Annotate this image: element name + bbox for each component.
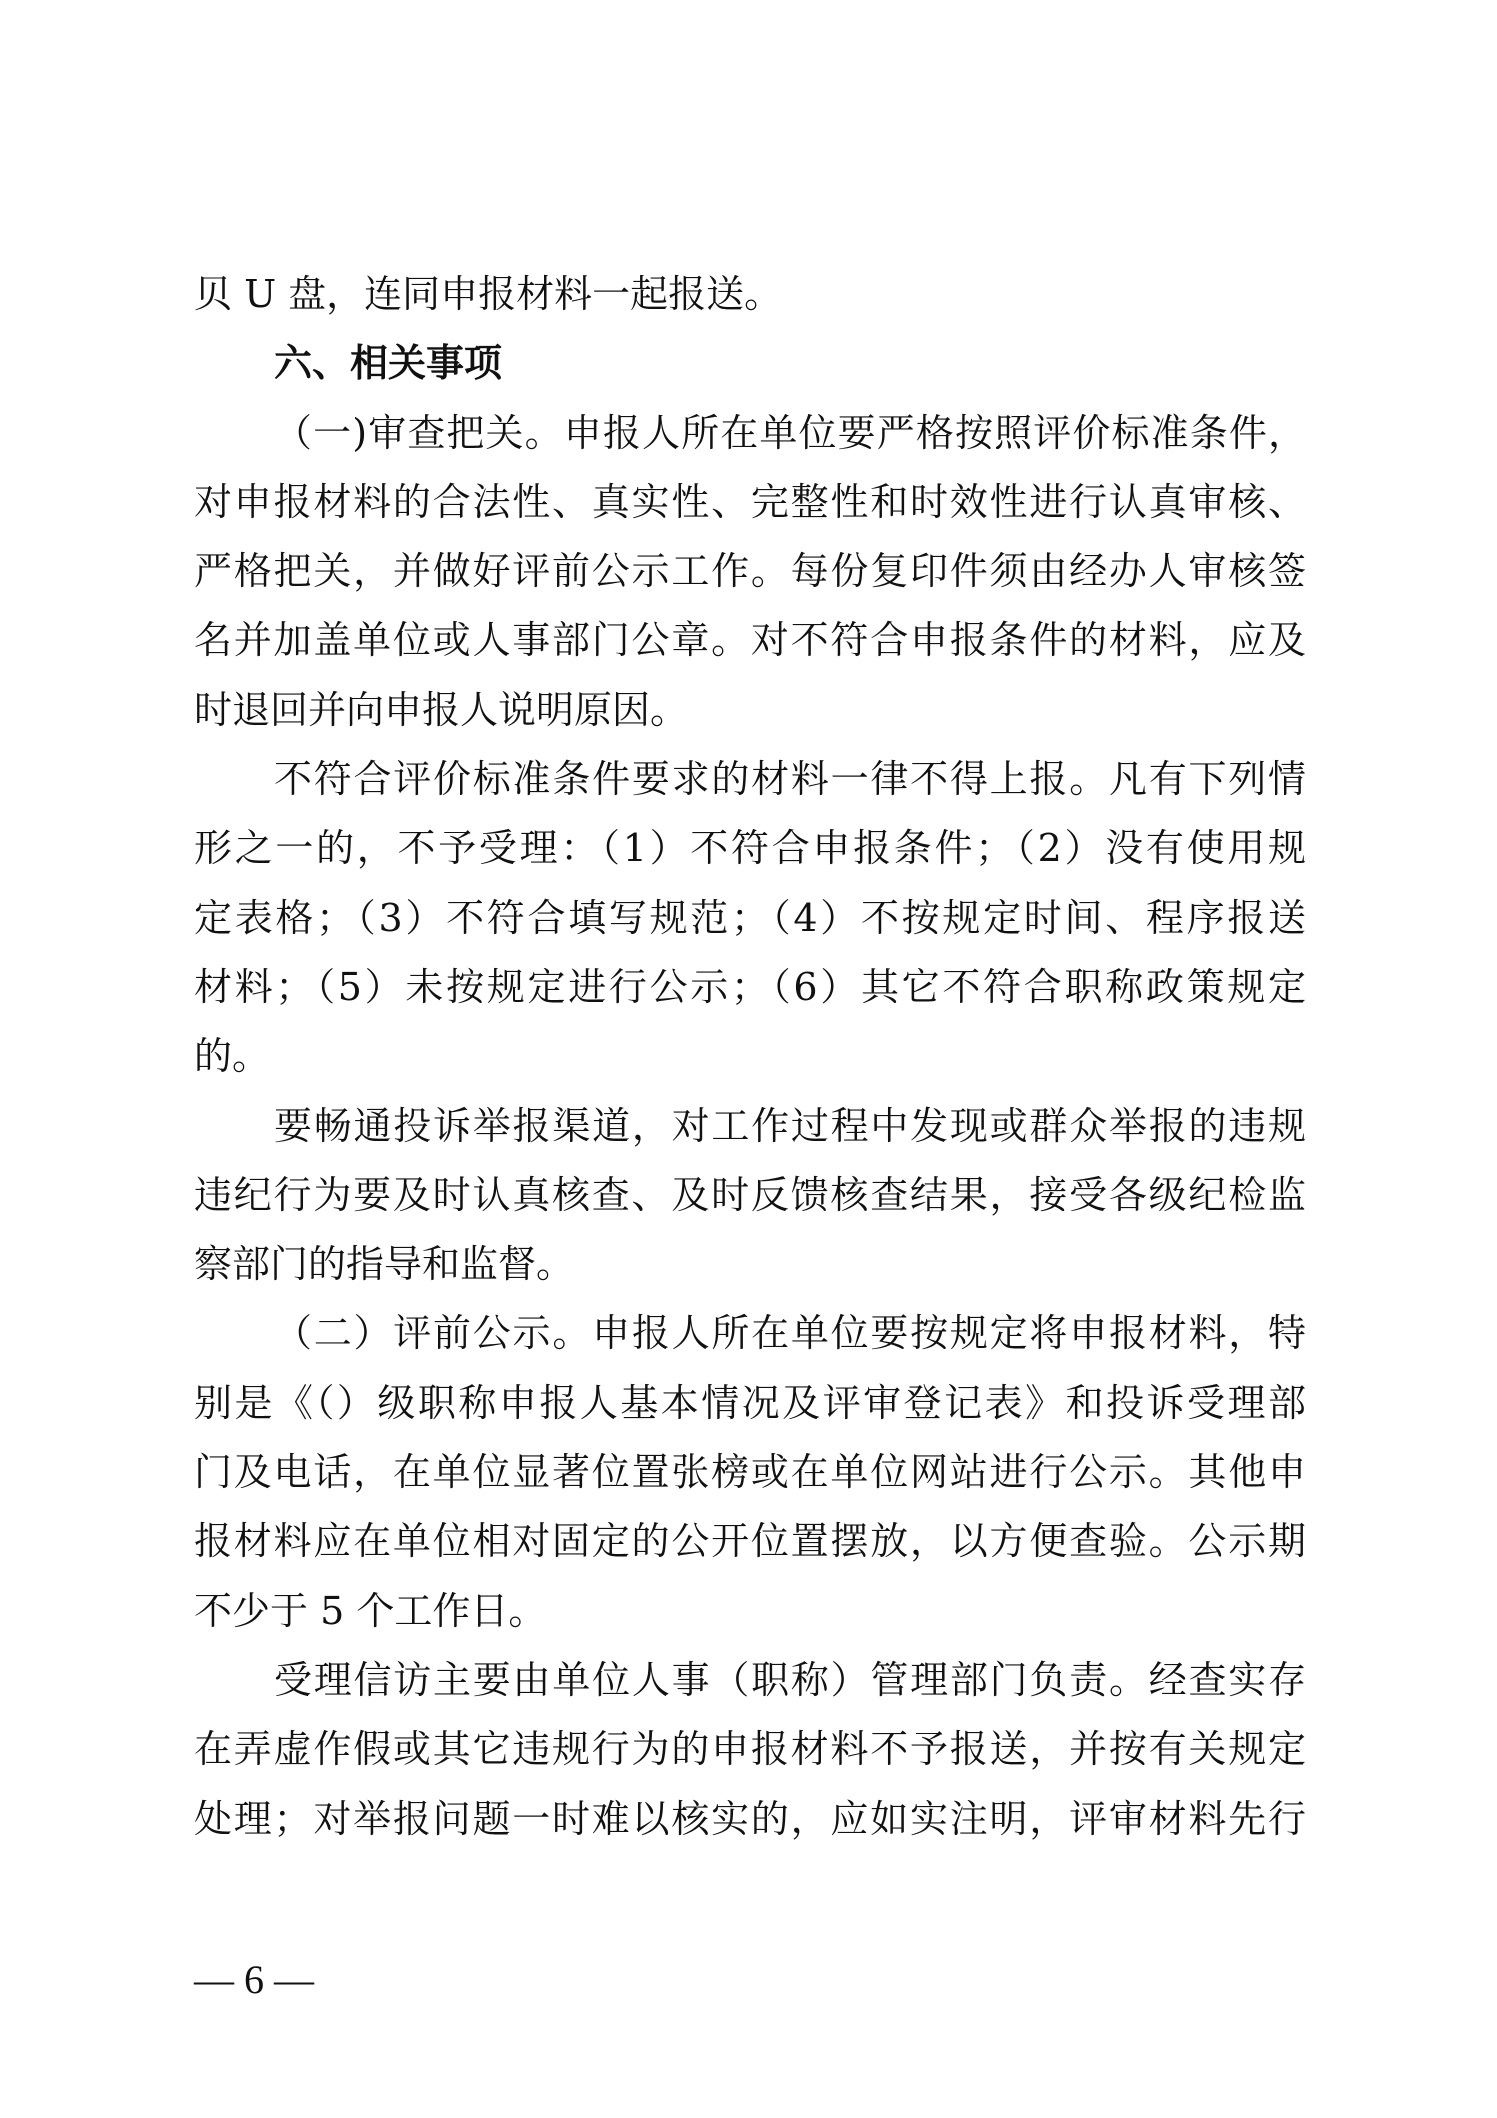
paragraph-line: 材料；（5）未按规定进行公示；（6）其它不符合职称政策规定: [194, 961, 1306, 1030]
paragraph-line: 严格把关，并做好评前公示工作。每份复印件须由经办人审核签: [194, 545, 1306, 614]
paragraph-line: 的。: [194, 1030, 1306, 1099]
paragraph-line: （二）评前公示。申报人所在单位要按规定将申报材料，特: [194, 1307, 1306, 1376]
page-number: — 6 —: [194, 1955, 314, 2005]
paragraph-line: 不符合评价标准条件要求的材料一律不得上报。凡有下列情: [194, 753, 1306, 822]
document-page: 贝 U 盘，连同申报材料一起报送。 六、相关事项 （一)审查把关。申报人所在单位…: [0, 0, 1497, 2118]
paragraph-line: 在弄虚作假或其它违规行为的申报材料不予报送，并按有关规定: [194, 1723, 1306, 1792]
paragraph-line: 定表格；（3）不符合填写规范；（4）不按规定时间、程序报送: [194, 892, 1306, 961]
section-heading: 六、相关事项: [194, 337, 1306, 406]
paragraph-line: 形之一的，不予受理：（1）不符合申报条件；（2）没有使用规: [194, 822, 1306, 891]
document-body: 贝 U 盘，连同申报材料一起报送。 六、相关事项 （一)审查把关。申报人所在单位…: [194, 268, 1306, 1862]
paragraph-line: 违纪行为要及时认真核查、及时反馈核查结果，接受各级纪检监: [194, 1169, 1306, 1238]
paragraph-line: 名并加盖单位或人事部门公章。对不符合申报条件的材料，应及: [194, 614, 1306, 683]
paragraph-line: 要畅通投诉举报渠道，对工作过程中发现或群众举报的违规: [194, 1100, 1306, 1169]
paragraph-line: 门及电话，在单位显著位置张榜或在单位网站进行公示。其他申: [194, 1446, 1306, 1515]
paragraph-line: 时退回并向申报人说明原因。: [194, 684, 1306, 753]
paragraph-line: 贝 U 盘，连同申报材料一起报送。: [194, 268, 1306, 337]
paragraph-line: 报材料应在单位相对固定的公开位置摆放，以方便查验。公示期: [194, 1515, 1306, 1584]
paragraph-line: 对申报材料的合法性、真实性、完整性和时效性进行认真审核、: [194, 476, 1306, 545]
paragraph-line: 别是《（）级职称申报人基本情况及评审登记表》和投诉受理部: [194, 1377, 1306, 1446]
paragraph-line: （一)审查把关。申报人所在单位要严格按照评价标准条件，: [194, 407, 1306, 476]
paragraph-line: 察部门的指导和监督。: [194, 1238, 1306, 1307]
paragraph-line: 不少于 5 个工作日。: [194, 1585, 1306, 1654]
paragraph-line: 处理；对举报问题一时难以核实的，应如实注明，评审材料先行: [194, 1793, 1306, 1862]
paragraph-line: 受理信访主要由单位人事（职称）管理部门负责。经查实存: [194, 1654, 1306, 1723]
